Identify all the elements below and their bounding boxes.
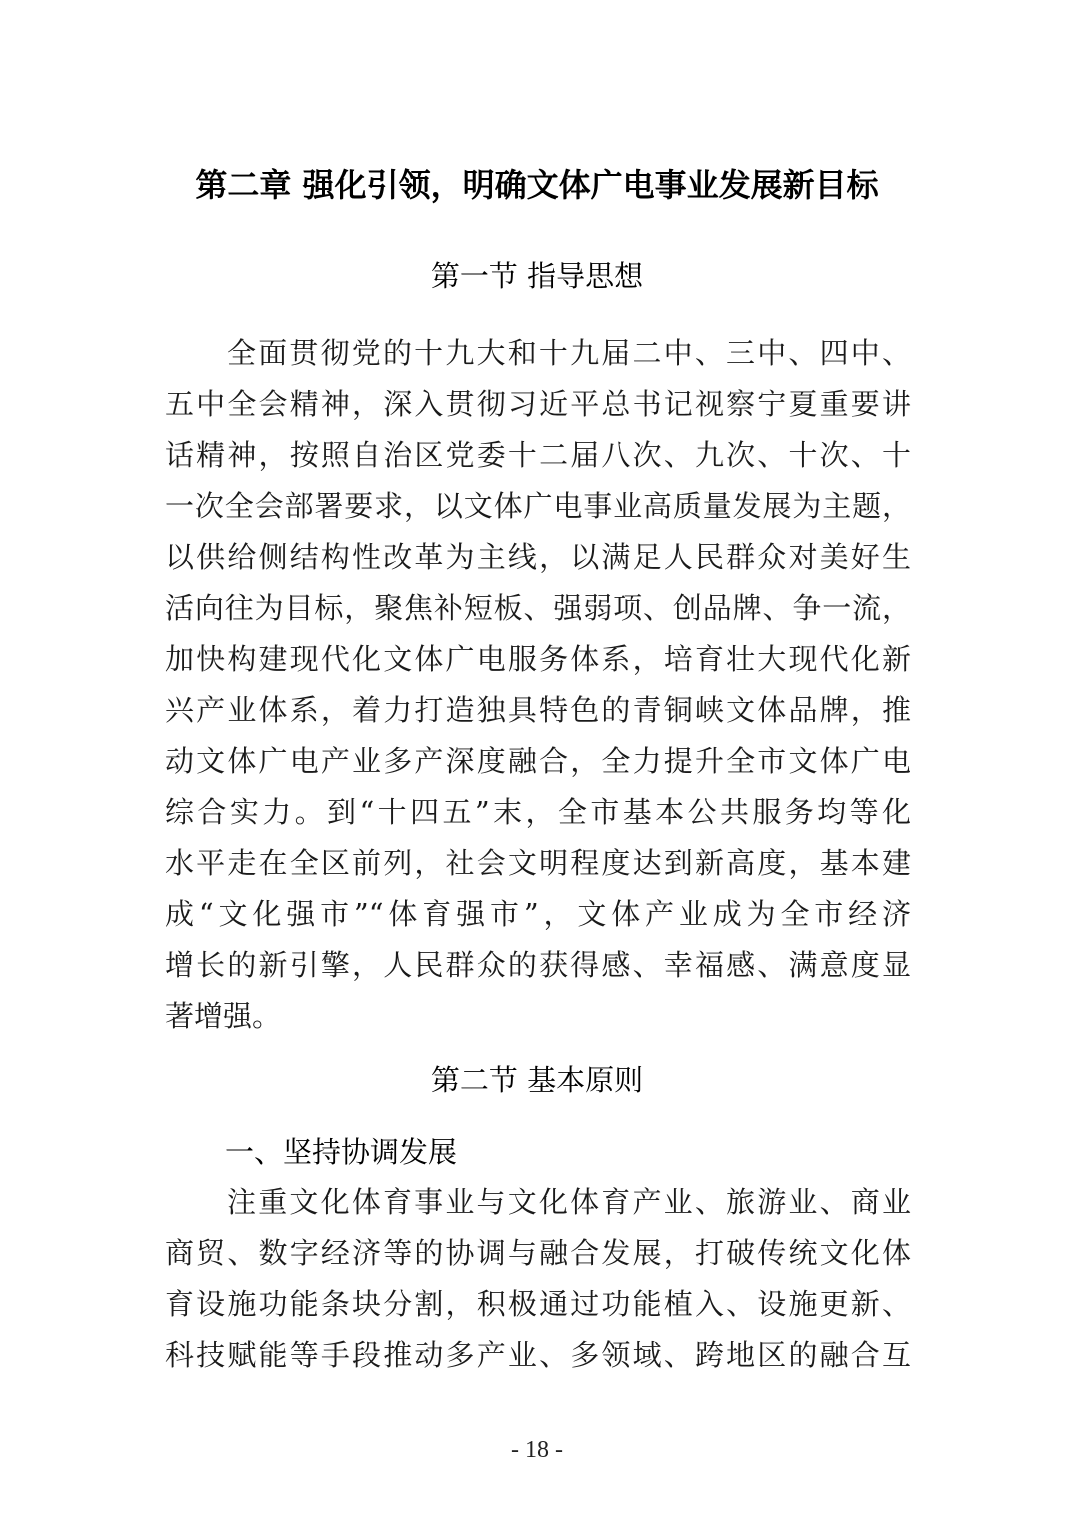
paragraph-line: 以供给侧结构性改革为主线，以满足人民群众对美好生 — [165, 537, 911, 577]
paragraph-line: 动文体广电产业多产深度融合，全力提升全市文体广电 — [165, 741, 911, 781]
paragraph-line: 成“文化强市”“体育强市”，文体产业成为全市经济 — [165, 894, 911, 934]
paragraph-line: 话精神，按照自治区党委十二届八次、九次、十次、十 — [165, 435, 911, 475]
paragraph-line: 一次全会部署要求，以文体广电事业高质量发展为主题， — [165, 486, 911, 526]
paragraph-line: 五中全会精神，深入贯彻习近平总书记视察宁夏重要讲 — [165, 384, 911, 424]
paragraph-line: 加快构建现代化文体广电服务体系，培育壮大现代化新 — [165, 639, 911, 679]
paragraph-line: 活向往为目标，聚焦补短板、强弱项、创品牌、争一流， — [165, 588, 911, 628]
paragraph-line: 育设施功能条块分割，积极通过功能植入、设施更新、 — [165, 1284, 911, 1324]
document-page: 第二章 强化引领，明确文体广电事业发展新目标 第一节 指导思想 全面贯彻党的十九… — [0, 0, 1074, 1520]
section-title-basic-principles: 第二节 基本原则 — [0, 1058, 1074, 1102]
section-title-guiding-ideology: 第一节 指导思想 — [0, 254, 1074, 298]
paragraph-line: 注重文化体育事业与文化体育产业、旅游业、商业 — [227, 1182, 911, 1222]
paragraph-line: 综合实力。到“十四五”末，全市基本公共服务均等化 — [165, 792, 911, 832]
paragraph-line: 著增强。 — [165, 996, 911, 1036]
paragraph-line: 水平走在全区前列，社会文明程度达到新高度，基本建 — [165, 843, 911, 883]
paragraph-line: 商贸、数字经济等的协调与融合发展，打破传统文化体 — [165, 1233, 911, 1273]
paragraph-line: 增长的新引擎，人民群众的获得感、幸福感、满意度显 — [165, 945, 911, 985]
subheading-coordinated-development: 一、坚持协调发展 — [225, 1130, 457, 1174]
paragraph-line: 科技赋能等手段推动多产业、多领域、跨地区的融合互 — [165, 1335, 911, 1375]
chapter-title: 第二章 强化引领，明确文体广电事业发展新目标 — [0, 160, 1074, 210]
paragraph-line: 全面贯彻党的十九大和十九届二中、三中、四中、 — [227, 333, 911, 373]
paragraph-line: 兴产业体系，着力打造独具特色的青铜峡文体品牌，推 — [165, 690, 911, 730]
page-number: - 18 - — [0, 1432, 1074, 1468]
